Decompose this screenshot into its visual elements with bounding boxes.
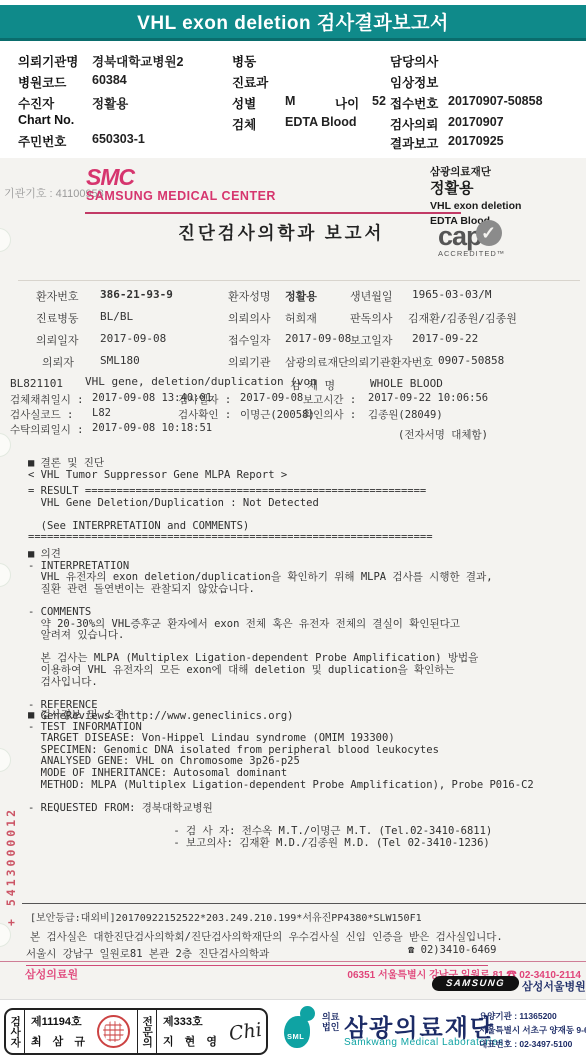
- sml-logo-head: [300, 1006, 315, 1021]
- vertical-serial-code: + 5413000012: [4, 746, 18, 926]
- specialist-cell: 제333호 지 현 영: [157, 1010, 229, 1053]
- pt-requester-label: 의뢰자: [42, 354, 74, 370]
- test-spec: WHOLE BLOOD: [370, 377, 443, 390]
- result-section: = RESULT ===============================…: [28, 486, 433, 544]
- test-date-label: 검사일자 :: [178, 392, 231, 407]
- collect-datetime-label: 검체채취일시 :: [10, 392, 84, 407]
- request-date-label: 검사의뢰: [390, 115, 438, 133]
- corner-patient: 정활용: [430, 179, 521, 199]
- scanned-report: SMC 기관기호 : 41100958 SAMSUNG MEDICAL CENT…: [0, 158, 586, 1000]
- punch-hole: [0, 563, 11, 587]
- corner-summary: 삼광의료재단 정활용 VHL exon deletion EDTA Blood: [430, 165, 521, 228]
- report-time-label: 보고시간 :: [303, 392, 356, 407]
- org-label: 의뢰기관명: [18, 52, 78, 70]
- report-date-value: 20170925: [448, 134, 504, 148]
- page-title: VHL exon deletion 검사결과보고서: [137, 8, 449, 35]
- pt-readdr: 김재환/김종원/김종원: [408, 310, 517, 326]
- test-spec-label: 검 체 명: [290, 377, 335, 393]
- org-value: 경북대학교병원2: [92, 52, 183, 70]
- pt-birth-label: 생년월일: [350, 288, 393, 304]
- test-confirm-label: 검사확인 :: [178, 407, 231, 422]
- patient-value: 정활용: [92, 94, 128, 112]
- cap-word: cap: [438, 221, 482, 251]
- smc-medical-center-name: 삼성의료원: [25, 966, 78, 982]
- test-info-section: ■ 검사정보 및 소견 - TEST INFORMATION TARGET DI…: [28, 710, 534, 849]
- cap-accredited-logo: cap✓ ACCREDITED™: [438, 220, 505, 258]
- cap-sub: ACCREDITED™: [438, 249, 505, 258]
- opinion-section: ■ 의견 - INTERPRETATION VHL 유전자의 exon dele…: [28, 549, 493, 723]
- document-title: 진단검사의학과 보고서: [178, 220, 384, 245]
- care-org-number: 요양기관 : 11365200: [479, 1009, 586, 1023]
- lab-footer: 검사자 제11194호 최 삼 규 전문의 제333호 지 현 영 Chi SM…: [0, 1000, 586, 1060]
- pink-rule: [85, 212, 461, 214]
- consign-datetime: 2017-09-08 10:18:51: [92, 422, 212, 434]
- pt-ward: BL/BL: [100, 310, 133, 323]
- specialist-signature: Chi: [228, 1018, 264, 1044]
- pt-birth: 1965-03-03/M: [412, 288, 491, 301]
- confirm-doctor-label: 확인의사 :: [303, 407, 356, 422]
- sml-logo-text: SML: [287, 1032, 304, 1041]
- conclusion-section: ■ 결론 및 진단 < VHL Tumor Suppressor Gene ML…: [28, 458, 287, 481]
- pt-orgptno: 0907-50858: [438, 354, 504, 367]
- corp-contact-info: 요양기관 : 11365200 서울특별시 서초구 양재동 9-60 대표번호 …: [479, 1009, 586, 1051]
- smc-name: SAMSUNG MEDICAL CENTER: [86, 189, 276, 203]
- corner-test: VHL exon deletion: [430, 199, 521, 213]
- specialist-role-label: 전문의: [138, 1010, 157, 1053]
- punch-hole: [0, 923, 11, 947]
- ward-label: 병동: [232, 52, 256, 70]
- resident-id-label: 주민번호: [18, 132, 66, 150]
- security-line: [보안등급:대외비]20170922152522*203.249.210.199…: [30, 909, 422, 924]
- test-name: VHL gene, deletion/duplication (von: [85, 375, 317, 388]
- pt-name: 정활용: [285, 288, 317, 304]
- request-date-value: 20170907: [448, 115, 504, 129]
- corp-phone: 대표번호 : 02-3497-5100: [479, 1037, 586, 1051]
- pt-readdr-label: 판독의사: [350, 310, 393, 326]
- samsung-hospital-name: 삼성서울병원: [522, 978, 586, 994]
- pt-no-label: 환자번호: [36, 288, 79, 304]
- pt-reqdate: 2017-09-08: [100, 332, 166, 345]
- footer-rule: [22, 903, 586, 904]
- receipt-no-label: 접수번호: [390, 94, 438, 112]
- accreditation-line: 본 검사실은 대한진단검사의학회/진단검사의학재단의 우수검사실 신임 인증을 …: [30, 929, 503, 944]
- report-date-label: 결과보고: [390, 134, 438, 152]
- pt-repdate: 2017-09-22: [412, 332, 478, 345]
- punch-hole: [0, 228, 11, 252]
- resident-id-value: 650303-1: [92, 132, 145, 146]
- pt-no: 386-21-93-9: [100, 288, 173, 301]
- hospital-code-label: 병원코드: [18, 73, 66, 91]
- sex-value: M: [285, 94, 295, 108]
- pt-reqdr-label: 의뢰의사: [228, 310, 271, 326]
- report-time: 2017-09-22 10:06:56: [368, 392, 488, 404]
- lab-address: 서울시 강남구 일원로81 본관 2층 진단검사의학과: [26, 948, 269, 960]
- lab-phone: ☎ 02)3410-6469: [408, 944, 497, 956]
- confirm-doctor: 김종원(28049): [368, 407, 443, 422]
- lab-code-label: 검사실코드 :: [10, 407, 73, 422]
- certification-stamp-box: 검사자 제11194호 최 삼 규 전문의 제333호 지 현 영 Chi: [4, 1008, 268, 1055]
- sml-logo: SML: [284, 1006, 316, 1050]
- chart-no-label: Chart No.: [18, 113, 74, 127]
- specialist-cert-no: 제333호: [163, 1013, 229, 1029]
- examiner-role-label: 검사자: [6, 1010, 25, 1053]
- hospital-code-value: 60384: [92, 73, 127, 87]
- pt-reqorg-label: 의뢰기관: [228, 354, 271, 370]
- lab-code: L82: [92, 407, 111, 419]
- request-info-panel: 의뢰기관명 경북대학교병원2 병원코드 60384 수진자 정활용 Chart …: [0, 45, 586, 158]
- samsung-logo: SAMSUNG: [431, 976, 520, 991]
- doctor-label: 담당의사: [390, 52, 438, 70]
- pt-reqdate-label: 의뢰일자: [36, 332, 79, 348]
- pt-reqdr: 허희재: [285, 310, 317, 326]
- cap-check-icon: ✓: [476, 220, 502, 246]
- patient-label: 수진자: [18, 94, 54, 112]
- specimen-label: 검체: [232, 115, 256, 133]
- age-value: 52: [372, 94, 386, 108]
- pt-reqorg: 삼광의료재단: [285, 354, 349, 370]
- table-top-rule: [18, 280, 580, 281]
- pt-orgptno-label: 의뢰기관환자번호: [348, 354, 433, 370]
- age-label: 나이: [335, 94, 359, 112]
- report-page: VHL exon deletion 검사결과보고서 의뢰기관명 경북대학교병원2…: [0, 0, 586, 1060]
- red-seal-stamp: [97, 1015, 130, 1048]
- pt-recvdate: 2017-09-08: [285, 332, 351, 345]
- specialist-name: 지 현 영: [163, 1033, 229, 1049]
- sex-label: 성별: [232, 94, 256, 112]
- lab-address-row: 서울시 강남구 일원로81 본관 2층 진단검사의학과 ☎ 02)3410-64…: [26, 944, 488, 966]
- esign-note: (전자서명 대체함): [398, 427, 488, 442]
- test-date: 2017-09-08: [240, 392, 303, 404]
- pink-divider: [0, 961, 586, 962]
- pt-repdate-label: 보고일자: [350, 332, 393, 348]
- clinical-info-label: 임상정보: [390, 73, 438, 91]
- specimen-value: EDTA Blood: [285, 115, 357, 129]
- corp-address: 서울특별시 서초구 양재동 9-60: [479, 1023, 586, 1037]
- dept-label: 진료과: [232, 73, 268, 91]
- pt-name-label: 환자성명: [228, 288, 271, 304]
- pt-requester: SML180: [100, 354, 140, 367]
- test-code: BL821101: [10, 377, 63, 390]
- pt-recvdate-label: 접수일자: [228, 332, 271, 348]
- report-title-bar: VHL exon deletion 검사결과보고서: [0, 5, 586, 41]
- receipt-no-value: 20170907-50858: [448, 94, 543, 108]
- pt-ward-label: 진료병동: [36, 310, 79, 326]
- examiner-cell: 제11194호 최 삼 규: [25, 1010, 137, 1053]
- consign-datetime-label: 수탁의뢰일시 :: [10, 422, 84, 437]
- corp-type: 의료 법인: [322, 1012, 342, 1033]
- corner-org: 삼광의료재단: [430, 165, 521, 179]
